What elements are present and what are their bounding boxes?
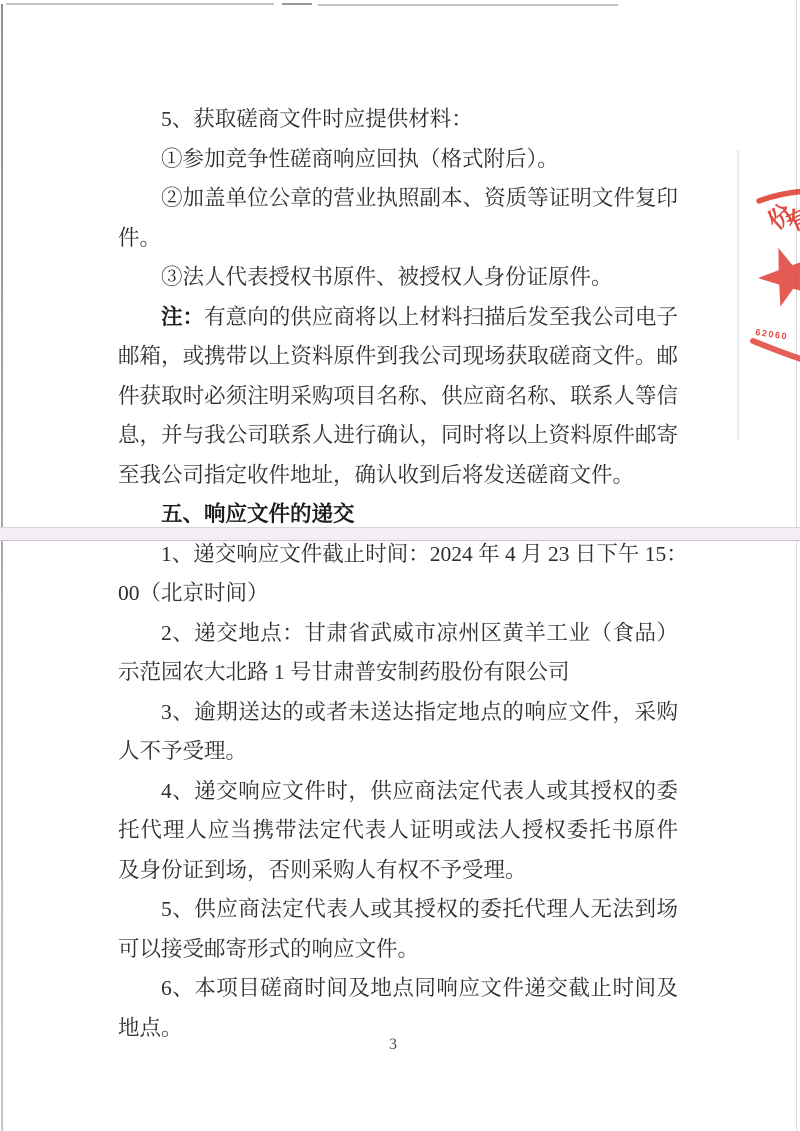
- document-body: 5、获取磋商文件时应提供材料：①参加竞争性磋商响应回执（格式附后）。②加盖单位公…: [118, 100, 678, 1048]
- scan-left-edge-line: [1, 4, 3, 1131]
- scanned-document-page: 5、获取磋商文件时应提供材料：①参加竞争性磋商响应回执（格式附后）。②加盖单位公…: [0, 0, 800, 1131]
- text-line: 息，并与我公司联系人进行确认，同时将以上资料原件邮寄: [118, 416, 678, 456]
- text-line: 示范园农大北路 1 号甘肃普安制药股份有限公司: [118, 653, 678, 693]
- text-line: 邮箱，或携带以上资料原件到我公司现场获取磋商文件。邮: [118, 337, 678, 377]
- company-seal: 份 有 62060: [735, 183, 800, 375]
- text-line: 4、递交响应文件时，供应商法定代表人或其授权的委: [118, 772, 678, 812]
- text-line: 托代理人应当携带法定代表人证明或法人授权委托书原件: [118, 811, 678, 851]
- text-line: 五、响应文件的递交: [118, 495, 678, 535]
- text-line: 注：有意向的供应商将以上材料扫描后发至我公司电子: [118, 298, 678, 338]
- text-line: 00（北京时间）: [118, 574, 678, 614]
- text-line: 件。: [118, 219, 678, 259]
- text-line: ①参加竞争性磋商响应回执（格式附后）。: [118, 140, 678, 180]
- scan-right-edge-line: [796, 0, 797, 1131]
- text-line: 及身份证到场，否则采购人有权不予受理。: [118, 851, 678, 891]
- scan-top-edge-line: [318, 4, 618, 6]
- text-line: 至我公司指定收件地址，确认收到后将发送磋商文件。: [118, 456, 678, 496]
- text-line: 件获取时必须注明采购项目名称、供应商名称、联系人等信: [118, 377, 678, 417]
- seal-star-icon: [758, 248, 800, 307]
- seal-ring-bottom-arc: [753, 341, 800, 359]
- text-line: 1、递交响应文件截止时间：2024 年 4 月 23 日下午 15：: [118, 535, 678, 575]
- text-line: 6、本项目磋商时间及地点同响应文件递交截止时间及: [118, 969, 678, 1009]
- text-line: 5、供应商法定代表人或其授权的委托代理人无法到场: [118, 890, 678, 930]
- text-line: 3、逾期送达的或者未送达指定地点的响应文件，采购: [118, 693, 678, 733]
- scan-top-edge-line: [6, 3, 274, 5]
- text-line: ②加盖单位公章的营业执照副本、资质等证明文件复印: [118, 179, 678, 219]
- scan-top-edge-line: [282, 3, 312, 5]
- page-number: 3: [0, 1036, 786, 1054]
- seal-serial-digits: 62060: [755, 327, 789, 341]
- text-line: 5、获取磋商文件时应提供材料：: [118, 100, 678, 140]
- text-line: ③法人代表授权书原件、被授权人身份证原件。: [118, 258, 678, 298]
- text-line: 2、递交地点：甘肃省武威市凉州区黄羊工业（食品）: [118, 614, 678, 654]
- text-line: 人不予受理。: [118, 732, 678, 772]
- text-line: 可以接受邮寄形式的响应文件。: [118, 930, 678, 970]
